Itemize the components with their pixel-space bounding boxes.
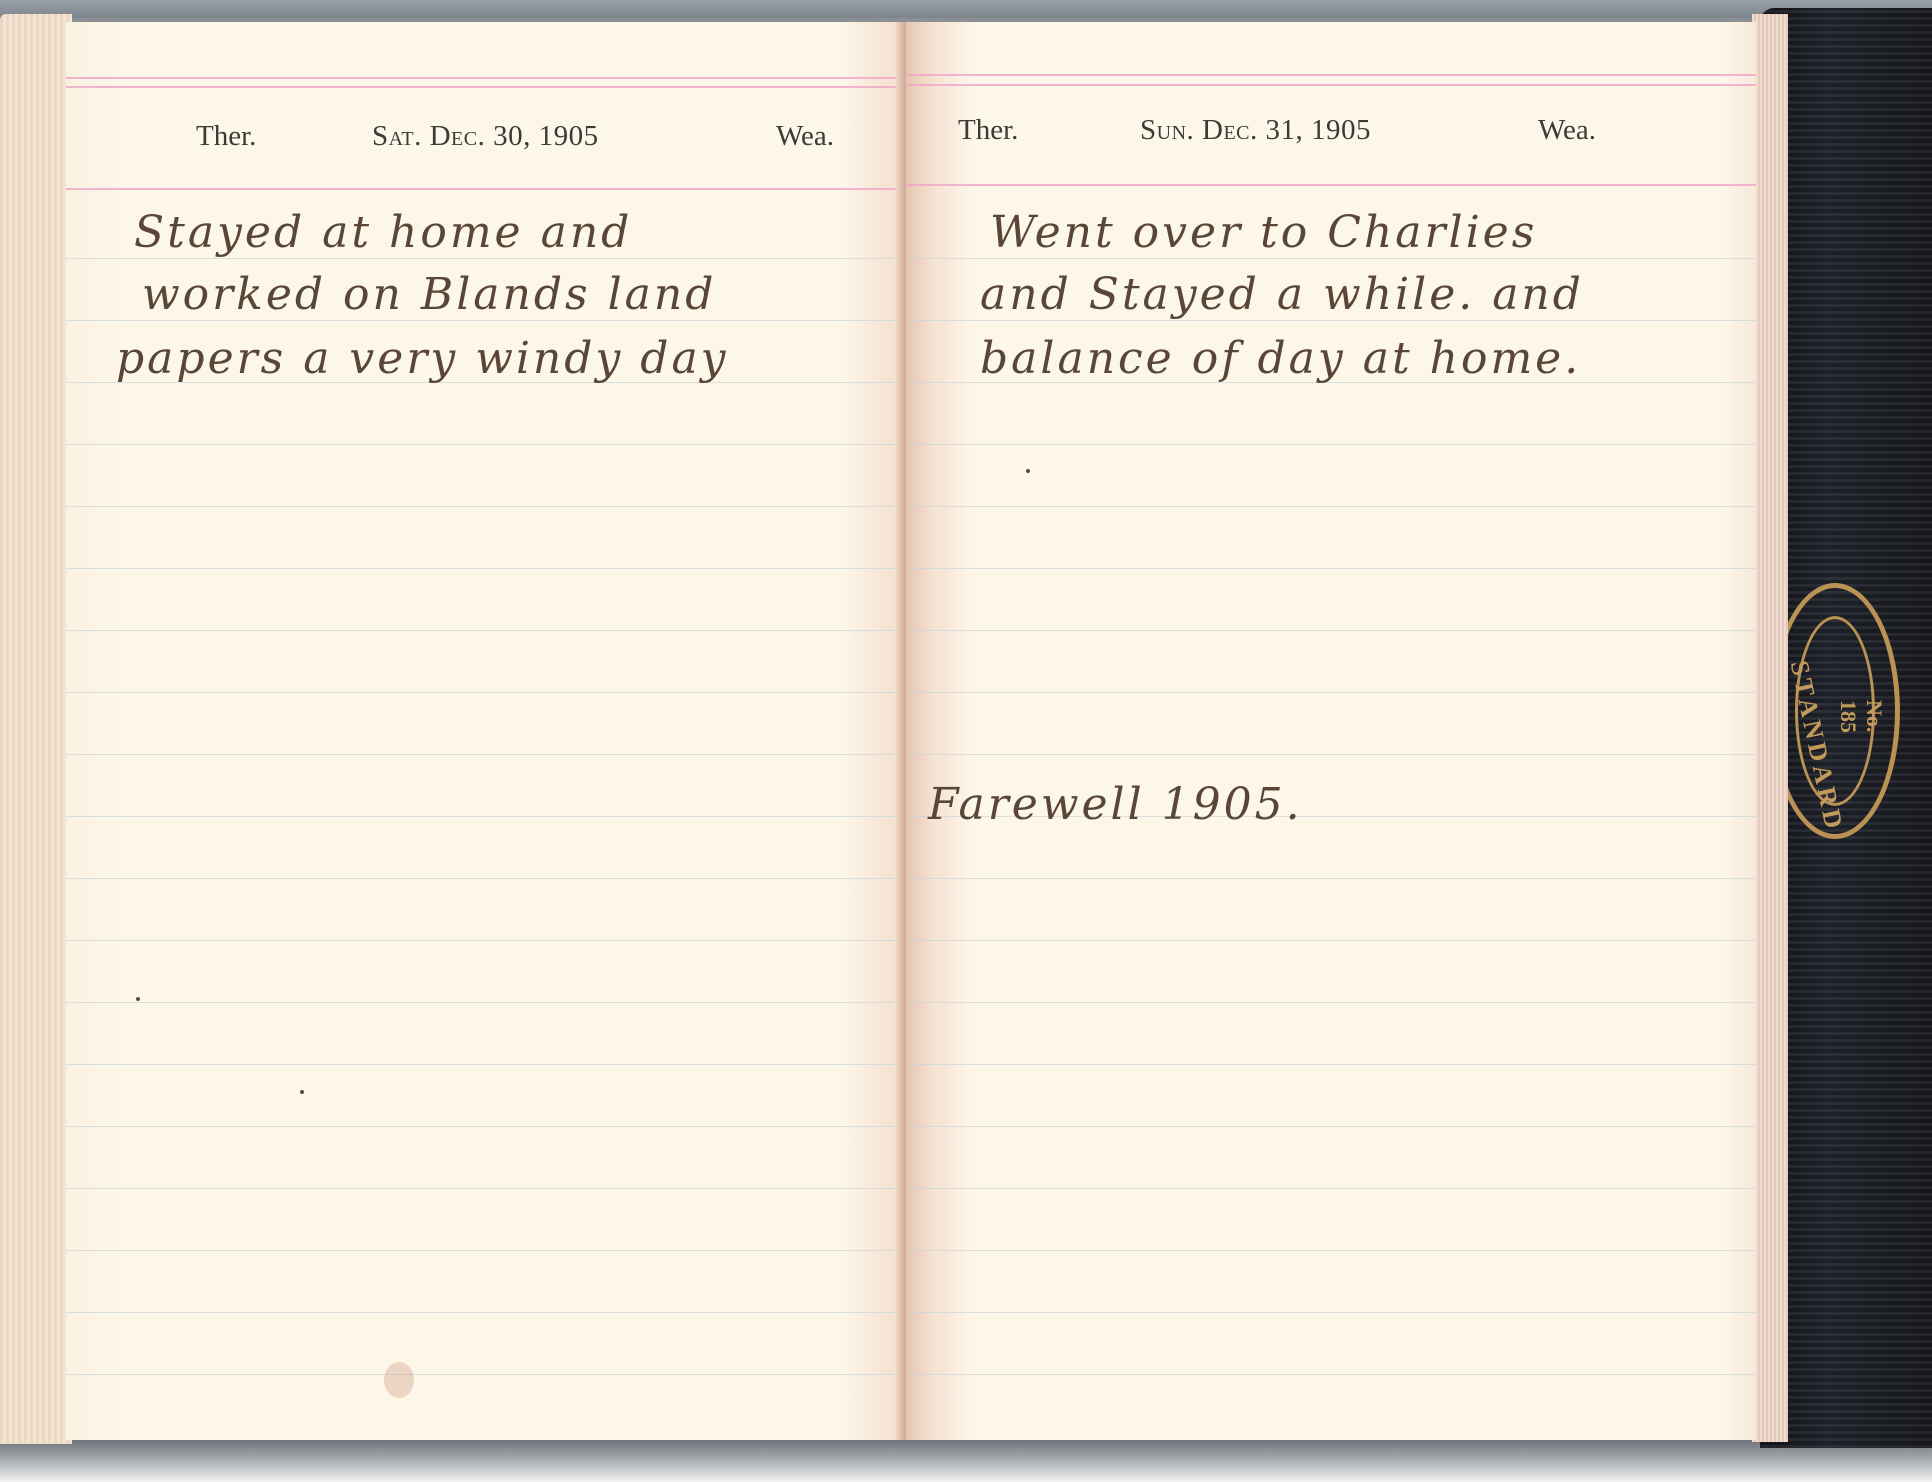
paper-stain	[384, 1362, 414, 1398]
ruled-line	[66, 568, 906, 569]
emblem-number: No. 185	[1835, 700, 1887, 768]
header-rule-bottom	[906, 184, 1756, 186]
ruled-line	[906, 692, 1756, 693]
ruled-line	[66, 692, 906, 693]
right-page-stack	[1752, 14, 1788, 1442]
ruled-line	[66, 754, 906, 755]
ruled-line	[906, 1312, 1756, 1313]
ruled-line	[66, 878, 906, 879]
entry-line: balance of day at home.	[980, 328, 1581, 390]
ruled-line	[66, 444, 906, 445]
header-rule-top-2	[906, 84, 1756, 86]
ruled-line	[66, 1188, 906, 1189]
ruled-line	[906, 754, 1756, 755]
ruled-line	[66, 1002, 906, 1003]
ruled-line	[906, 1126, 1756, 1127]
ruled-line	[906, 1188, 1756, 1189]
ruled-line	[906, 1250, 1756, 1251]
weather-label: Wea.	[776, 120, 834, 153]
ruled-line	[66, 630, 906, 631]
ink-speck	[136, 997, 140, 1001]
ruled-line	[906, 568, 1756, 569]
header-rule-top	[66, 77, 906, 79]
farewell-note: Farewell 1905.	[928, 774, 1303, 836]
right-page: Ther. Sun. Dec. 31, 1905 Wea. Went over …	[906, 22, 1756, 1440]
ruled-line	[66, 1064, 906, 1065]
ruled-line	[906, 1002, 1756, 1003]
standard-emblem-icon: STANDARD No. 185	[1770, 583, 1900, 839]
thermometer-label: Ther.	[958, 114, 1018, 147]
page-date: Sat. Dec. 30, 1905	[372, 120, 599, 153]
thermometer-label: Ther.	[196, 120, 256, 153]
entry-line: Went over to Charlies	[990, 202, 1537, 264]
ruled-line	[66, 1126, 906, 1127]
header-rule-bottom	[66, 188, 906, 190]
entry-line: Stayed at home and	[134, 202, 632, 264]
ruled-line	[906, 878, 1756, 879]
ruled-line	[66, 940, 906, 941]
ink-speck	[1026, 469, 1030, 473]
ruled-line	[66, 1312, 906, 1313]
background-top	[0, 0, 1932, 18]
entry-line: papers a very windy day	[116, 328, 729, 390]
header-rule-top	[906, 74, 1756, 76]
ruled-line	[66, 1374, 906, 1375]
ruled-line	[66, 506, 906, 507]
ruled-line	[906, 940, 1756, 941]
ruled-line	[906, 1374, 1756, 1375]
weather-label: Wea.	[1538, 114, 1596, 147]
left-page: Ther. Sat. Dec. 30, 1905 Wea. Stayed at …	[66, 22, 906, 1440]
background-bottom	[0, 1440, 1932, 1482]
ruled-line	[66, 1250, 906, 1251]
ink-speck	[300, 1090, 304, 1094]
ruled-line	[906, 630, 1756, 631]
entry-line: and Stayed a while. and	[980, 264, 1584, 326]
ruled-line	[66, 816, 906, 817]
page-date: Sun. Dec. 31, 1905	[1140, 114, 1371, 147]
ruled-line	[906, 1064, 1756, 1065]
left-page-stack	[0, 14, 72, 1444]
header-rule-top-2	[66, 86, 906, 88]
ruled-line	[906, 444, 1756, 445]
ruled-line	[906, 506, 1756, 507]
entry-line: worked on Blands land	[142, 264, 716, 326]
